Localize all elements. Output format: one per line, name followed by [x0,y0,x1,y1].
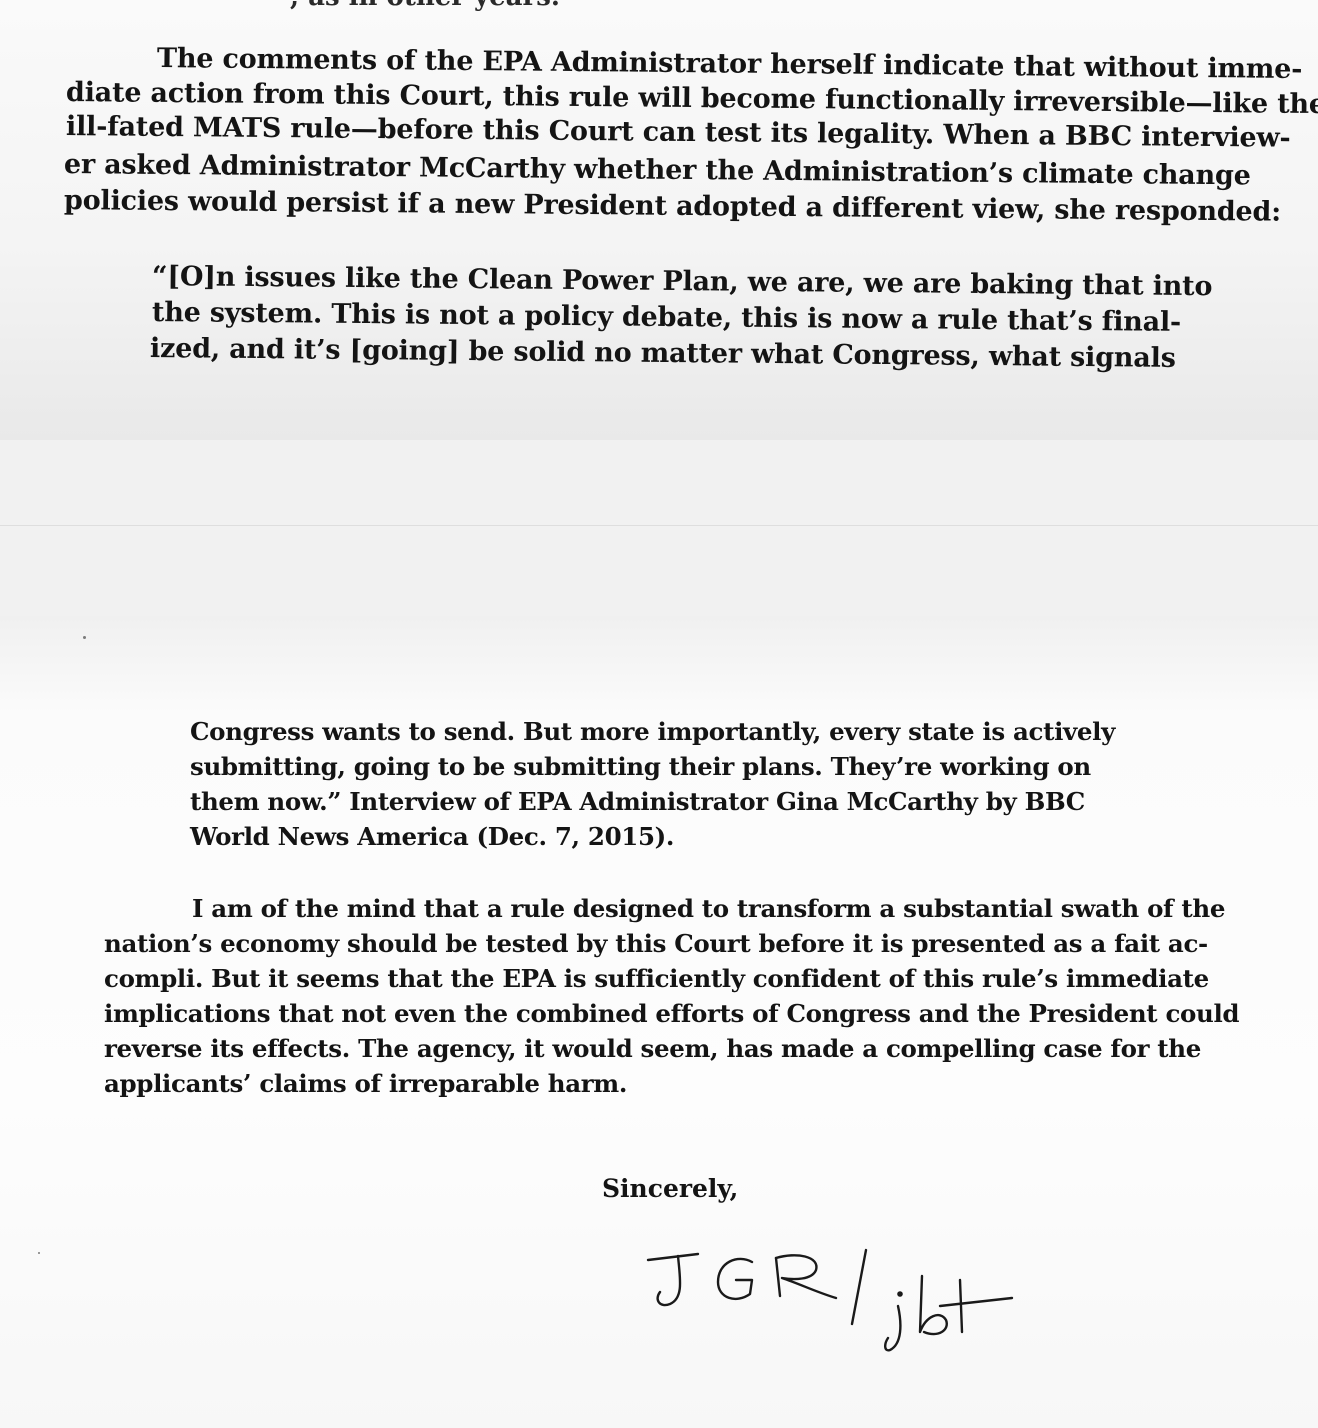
scan-speck [83,636,86,639]
page-gap [0,440,1318,616]
closing-salutation: Sincerely, [602,1174,738,1203]
paragraph-line: er asked Administrator McCarthy whether … [64,150,1251,191]
paragraph-line: reverse its effects. The agency, it woul… [104,1034,1201,1064]
paragraph-line: I am of the mind that a rule designed to… [192,894,1225,924]
citation-line: World News America (Dec. 7, 2015). [190,822,674,852]
paragraph-line: nation’s economy should be tested by thi… [104,929,1208,959]
quote-line: “[O]n issues like the Clean Power Plan, … [152,262,1213,302]
paragraph-line: applicants’ claims of irreparable harm. [104,1069,627,1099]
paragraph-line: policies would persist if a new Presiden… [64,186,1281,228]
quote-line: them now.” Interview of EPA Administrato… [190,787,1085,817]
scanned-page-top: , as in other years. The comments of the… [0,0,1318,440]
paragraph-line: implications that not even the combined … [104,999,1239,1029]
quote-line: the system. This is not a policy debate,… [152,298,1181,338]
paragraph-line: ill-fated MATS rule—before this Court ca… [66,112,1291,154]
page-divider [0,525,1318,526]
handwritten-signature [640,1240,1040,1370]
cutoff-text-fragment: , as in other years. [290,0,560,12]
quote-line: Congress wants to send. But more importa… [190,717,1115,747]
quote-line: ized, and it’s [going] be solid no matte… [150,334,1176,374]
paragraph-line: compli. But it seems that the EPA is suf… [104,964,1209,994]
quote-line: submitting, going to be submitting their… [190,752,1091,782]
scan-speck [38,1252,40,1254]
